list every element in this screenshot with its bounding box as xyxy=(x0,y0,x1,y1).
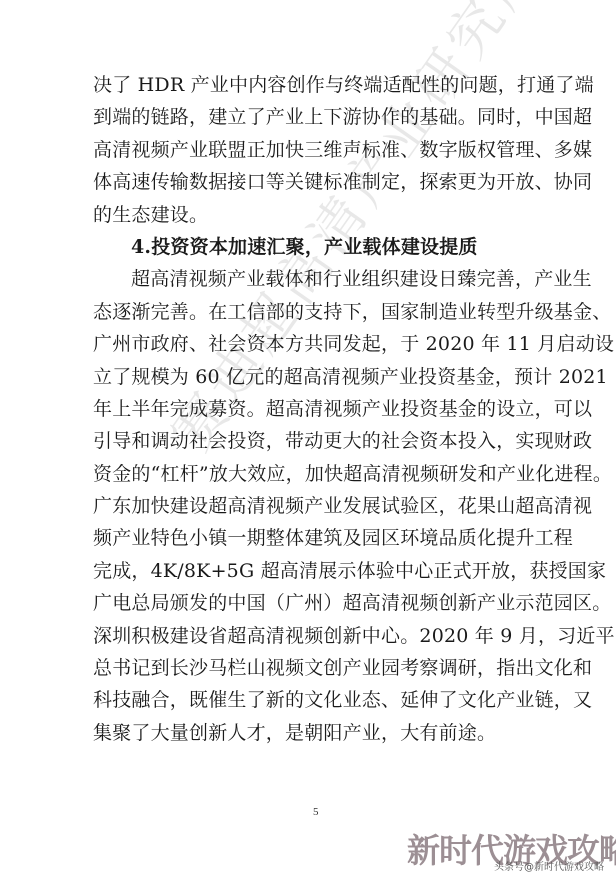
body-text: 决了 HDR 产业中内容创作与终端适配性的问题，打通了端 到端的链路，建立了产业… xyxy=(93,69,527,749)
text-line: 到端的链路，建立了产业上下游协作的基础。同时，中国超 xyxy=(93,101,527,133)
paragraph-line: 年上半年完成募资。超高清视频产业投资基金的设立，可以 xyxy=(93,393,527,425)
paragraph-line: 总书记到长沙马栏山视频文创产业园考察调研，指出文化和 xyxy=(93,652,527,684)
text-line: 体高速传输数据接口等关键标准制定，探索更为开放、协同 xyxy=(93,166,527,198)
paragraph-line: 深圳积极建设省超高清视频创新中心。2020 年 9 月，习近平 xyxy=(93,620,527,652)
document-page: 赛迪超高清产业研究所 决了 HDR 产业中内容创作与终端适配性的问题，打通了端 … xyxy=(0,0,616,874)
paragraph-line: 科技融合，既催生了新的文化业态、延伸了文化产业链，又 xyxy=(93,684,527,716)
brand-caption: 头条号@新时代游戏攻略 xyxy=(494,858,604,873)
paragraph-line: 引导和调动社会投资，带动更大的社会资本投入，实现财政 xyxy=(93,425,527,457)
paragraph-line: 广东加快建设超高清视频产业发展试验区，花果山超高清视 xyxy=(93,490,527,522)
paragraph-line: 广电总局颁发的中国（广州）超高清视频创新产业示范园区。 xyxy=(93,587,527,619)
text-line: 高清视频产业联盟正加快三维声标准、数字版权管理、多媒 xyxy=(93,134,527,166)
paragraph-line: 超高清视频产业载体和行业组织建设日臻完善，产业生 xyxy=(93,263,527,295)
paragraph-line: 集聚了大量创新人才，是朝阳产业，大有前途。 xyxy=(93,717,527,749)
paragraph-line: 频产业特色小镇一期整体建筑及园区环境品质化提升工程 xyxy=(93,522,527,554)
section-heading: 4.投资资本加速汇聚，产业载体建设提质 xyxy=(93,231,527,263)
paragraph-line: 态逐渐完善。在工信部的支持下，国家制造业转型升级基金、 xyxy=(93,296,527,328)
paragraph-line: 完成，4K/8K+5G 超高清展示体验中心正式开放，获授国家 xyxy=(93,555,527,587)
paragraph-line: 广州市政府、社会资本方共同发起，于 2020 年 11 月启动设 xyxy=(93,328,527,360)
page-number: 5 xyxy=(313,806,319,818)
paragraph-line: 资金的“杠杆”放大效应，加快超高清视频研发和产业化进程。 xyxy=(93,458,527,490)
text-line: 决了 HDR 产业中内容创作与终端适配性的问题，打通了端 xyxy=(93,69,527,101)
paragraph-line: 立了规模为 60 亿元的超高清视频产业投资基金，预计 2021 xyxy=(93,361,527,393)
text-line: 的生态建设。 xyxy=(93,199,527,231)
